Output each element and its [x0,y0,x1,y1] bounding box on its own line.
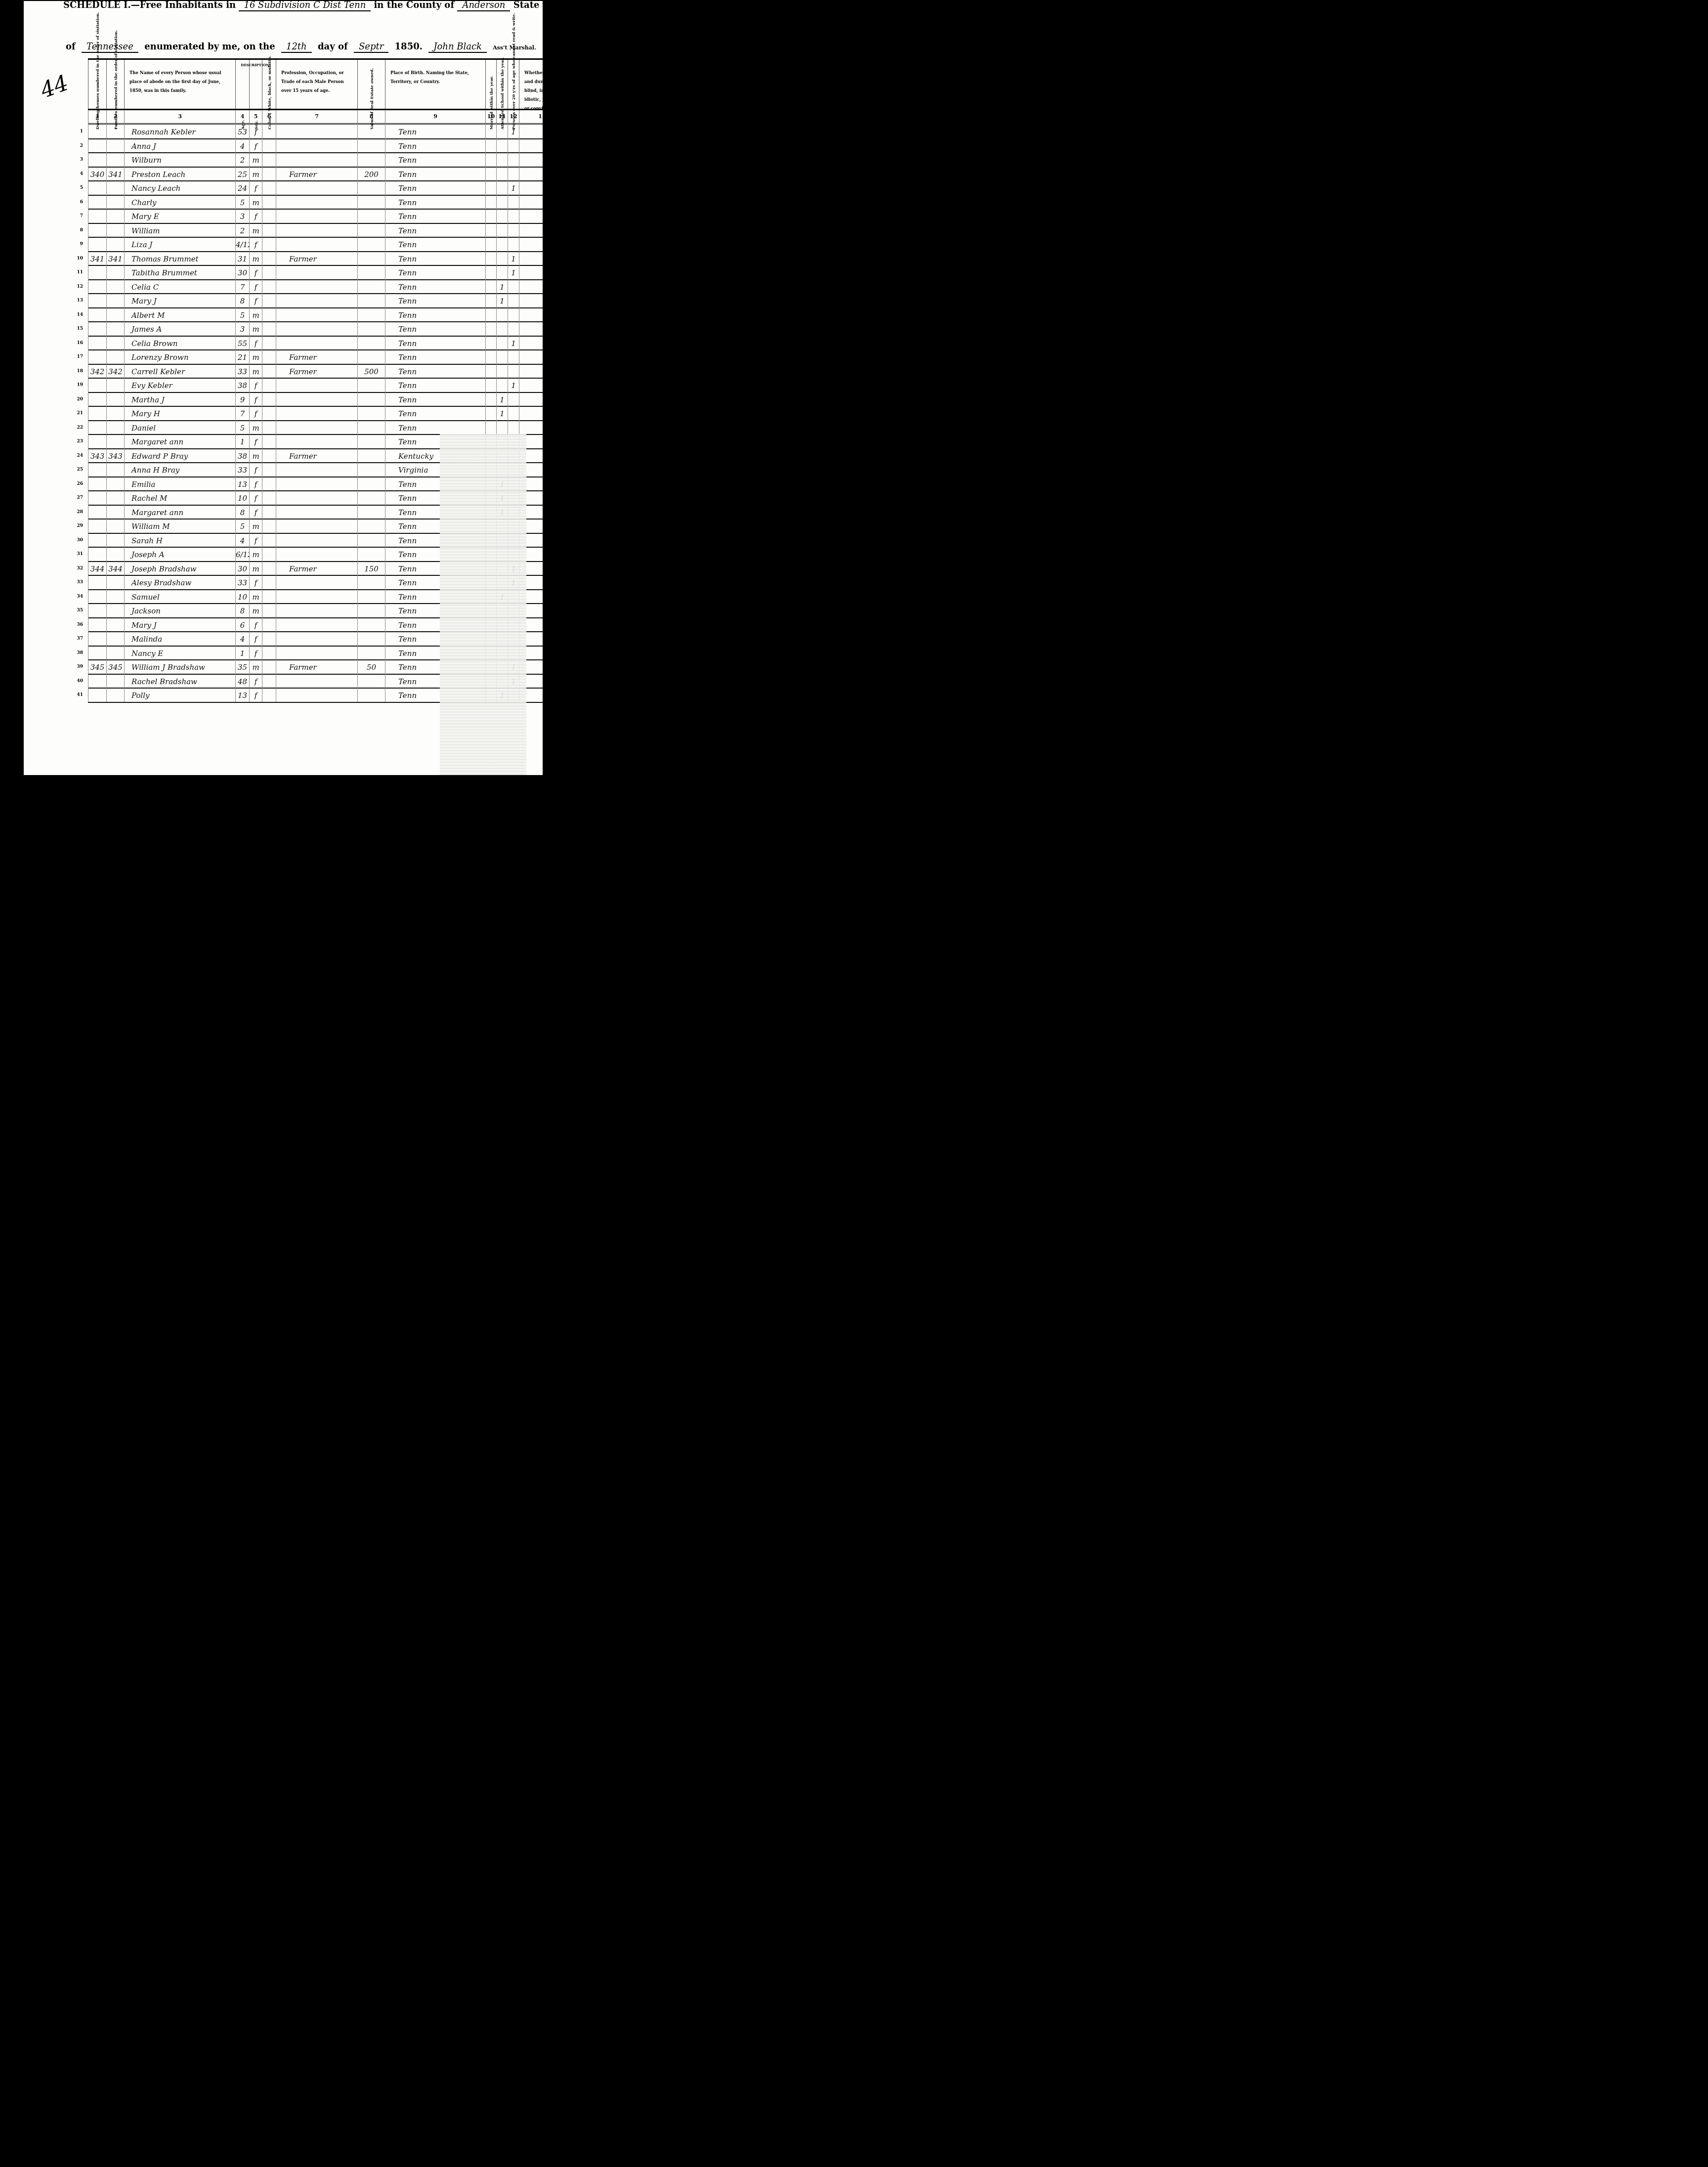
table-header: Dwelling-houses numbered in the order of… [88,58,565,110]
column-header-8: Value of Real Estate owned. [357,60,385,110]
cell-school: 1 [496,279,508,294]
cell-age: 10 [235,490,249,505]
margin-note: 44 [37,70,72,103]
cell-age: 35 [235,659,249,674]
cell-sex: m [249,364,262,378]
cell-married [485,420,496,434]
cell-sex: m [249,307,262,322]
cell-sex: m [249,420,262,434]
cell-sex: m [249,195,262,209]
cell-school [496,265,508,279]
cell-age: 4/12 [235,237,249,251]
cell-dwelling [88,646,106,660]
cell-real-estate [357,223,385,237]
cell-real-estate [357,646,385,660]
table-row: 16Celia Brown55fTenn116 [88,336,565,351]
cell-family [106,279,124,294]
cell-dwelling [88,152,106,167]
cell-sex: f [249,575,262,589]
column-number: 11 [496,110,508,123]
cell-family [106,434,124,448]
cell-sex: m [249,561,262,575]
cell-family [106,293,124,307]
cell-family [106,209,124,223]
cell-age: 13 [235,688,249,702]
table-row: 5Nancy Leach24fTenn1 [88,180,565,196]
column-header-10: Married within the year. [485,60,496,110]
column-header-12: Persons over 20 y'rs of age who cannot r… [508,60,519,110]
cell-dwelling [88,406,106,420]
scan-border-left [0,0,24,775]
line-number: 21 [73,406,83,421]
cell-age: 8 [235,505,249,519]
cell-sex: f [249,124,262,138]
cell-occupation [276,336,357,350]
cell-school [496,237,508,251]
cell-occupation [276,589,357,604]
cell-age: 5 [235,307,249,322]
column-number: 8 [357,110,385,123]
cell-family [106,519,124,533]
cell-real-estate [357,589,385,604]
cell-occupation [276,575,357,589]
cell-age: 1 [235,646,249,660]
cell-married [485,237,496,251]
line-number: 18 [73,364,83,379]
cell-birthplace: Tenn [385,237,485,251]
line-number: 34 [73,589,83,604]
cell-family: 343 [106,448,124,463]
cell-birthplace: Tenn [385,138,485,153]
cell-birthplace: Tenn [385,124,485,138]
cell-sex: m [249,321,262,336]
cell-age: 13 [235,477,249,491]
cell-name: Charly [124,195,235,209]
cell-age: 33 [235,462,249,477]
cell-occupation [276,138,357,153]
column-number-row: 12345678910111213 [88,109,565,125]
cell-occupation [276,477,357,491]
cell-age: 6 [235,617,249,632]
cell-family [106,321,124,336]
cell-school [496,336,508,350]
cell-family [106,152,124,167]
cell-occupation [276,547,357,561]
table-row: 13Mary J8fTenn113 [88,293,565,308]
line-number: 32 [73,561,83,576]
line-number: 30 [73,533,83,548]
cell-age: 21 [235,349,249,364]
cell-age: 53 [235,124,249,138]
cell-dwelling [88,533,106,547]
cell-school: 1 [496,293,508,307]
cell-family: 344 [106,561,124,575]
cell-sex: f [249,434,262,448]
cell-married [485,406,496,420]
column-number: 3 [124,110,235,123]
cell-age: 4 [235,138,249,153]
cell-occupation: Farmer [276,659,357,674]
cell-color [262,617,276,632]
cell-occupation [276,293,357,307]
cell-name: Sarah H [124,533,235,547]
cell-real-estate [357,462,385,477]
cell-real-estate [357,631,385,646]
cell-color [262,490,276,505]
cell-married [485,265,496,279]
cell-illiterate: 1 [508,251,519,265]
line-number: 4 [73,167,83,181]
scan-border-right [543,0,611,775]
cell-dwelling [88,265,106,279]
cell-illiterate [508,138,519,153]
cell-real-estate [357,533,385,547]
cell-age: 7 [235,406,249,420]
cell-illiterate [508,237,519,251]
column-header-2: Families numbered in the order of visita… [106,60,124,110]
line-number: 9 [73,237,83,252]
cell-color [262,364,276,378]
cell-dwelling [88,688,106,702]
cell-school [496,152,508,167]
cell-name: Margaret ann [124,434,235,448]
cell-color [262,167,276,181]
cell-birthplace: Tenn [385,152,485,167]
day-of-label: day of [318,42,348,52]
line-number: 28 [73,505,83,520]
cell-school [496,364,508,378]
cell-family: 345 [106,659,124,674]
cell-real-estate [357,519,385,533]
table-row: 17Lorenzy Brown21mFarmerTenn17 [88,349,565,365]
cell-sex: f [249,265,262,279]
line-number: 14 [73,307,83,322]
cell-color [262,603,276,617]
line-number: 27 [73,490,83,505]
cell-occupation [276,533,357,547]
cell-occupation [276,378,357,392]
table-row: 6Charly5mTenn [88,195,565,210]
cell-name: William J Bradshaw [124,659,235,674]
cell-real-estate [357,420,385,434]
cell-real-estate [357,209,385,223]
cell-occupation: Farmer [276,561,357,575]
cell-age: 33 [235,364,249,378]
cell-dwelling [88,589,106,604]
cell-occupation [276,392,357,406]
cell-birthplace: Tenn [385,251,485,265]
table-row: 11Tabitha Brummet30fTenn111 [88,265,565,280]
cell-married [485,321,496,336]
cell-dwelling [88,674,106,688]
cell-age: 4 [235,533,249,547]
cell-school [496,180,508,195]
cell-color [262,378,276,392]
cell-sex: f [249,279,262,294]
cell-color [262,434,276,448]
cell-family [106,490,124,505]
cell-real-estate [357,603,385,617]
state-field: Tennessee [82,42,138,53]
cell-sex: f [249,293,262,307]
column-header-label: The Name of every Person whose usual pla… [125,60,235,95]
cell-name: Celia C [124,279,235,294]
cell-sex: f [249,138,262,153]
cell-real-estate [357,477,385,491]
cell-name: Anna J [124,138,235,153]
cell-name: Mary J [124,293,235,307]
cell-illiterate [508,152,519,167]
table-row: 10341341Thomas Brummet31mFarmerTenn110 [88,251,565,266]
cell-age: 33 [235,575,249,589]
cell-family [106,392,124,406]
cell-married [485,349,496,364]
cell-birthplace: Tenn [385,378,485,392]
cell-name: Samuel [124,589,235,604]
cell-family [106,462,124,477]
cell-occupation [276,321,357,336]
cell-age: 25 [235,167,249,181]
cell-name: William M [124,519,235,533]
cell-family: 341 [106,251,124,265]
cell-name: Joseph A [124,547,235,561]
cell-sex: m [249,251,262,265]
cell-name: Rachel M [124,490,235,505]
cell-real-estate [357,265,385,279]
year-label: 1850. [395,42,423,52]
cell-dwelling [88,336,106,350]
line-number: 3 [73,152,83,167]
cell-age: 48 [235,674,249,688]
line-number: 36 [73,617,83,632]
cell-color [262,336,276,350]
description-group-label: DESCRIPTION. [235,63,276,67]
cell-illiterate [508,279,519,294]
cell-age: 5 [235,420,249,434]
cell-illiterate [508,349,519,364]
cell-school [496,307,508,322]
cell-age: 5 [235,519,249,533]
cell-dwelling [88,293,106,307]
cell-dwelling [88,180,106,195]
cell-color [262,392,276,406]
cell-name: Edward P Bray [124,448,235,463]
column-number: 1 [88,110,106,123]
cell-family [106,138,124,153]
cell-occupation [276,406,357,420]
cell-age: 31 [235,251,249,265]
cell-name: Alesy Bradshaw [124,575,235,589]
cell-family [106,124,124,138]
cell-dwelling [88,195,106,209]
table-row: 18342342Carrell Kebler33mFarmer500Tenn18 [88,364,565,379]
cell-real-estate [357,321,385,336]
cell-age: 2 [235,152,249,167]
column-number: 2 [106,110,124,123]
line-number: 35 [73,603,83,618]
cell-color [262,279,276,294]
cell-family [106,307,124,322]
column-header-7: Profession, Occupation, or Trade of each… [276,60,357,110]
cell-dwelling: 342 [88,364,106,378]
cell-real-estate [357,307,385,322]
cell-dwelling [88,603,106,617]
cell-real-estate [357,293,385,307]
cell-name: Albert M [124,307,235,322]
cell-sex: f [249,336,262,350]
cell-real-estate: 200 [357,167,385,181]
cell-birthplace: Tenn [385,265,485,279]
cell-school: 1 [496,392,508,406]
cell-family [106,336,124,350]
cell-dwelling [88,434,106,448]
scan-shading [440,434,526,775]
cell-age: 30 [235,265,249,279]
table-row: 21Mary H7fTenn121 [88,406,565,421]
cell-birthplace: Tenn [385,293,485,307]
cell-dwelling [88,505,106,519]
cell-sex: f [249,505,262,519]
cell-real-estate [357,505,385,519]
schedule-title-line2: of Tennessee enumerated by me, on the 12… [66,42,539,52]
cell-occupation: Farmer [276,364,357,378]
cell-birthplace: Tenn [385,167,485,181]
cell-real-estate [357,674,385,688]
cell-name: Rachel Bradshaw [124,674,235,688]
column-header-1: Dwelling-houses numbered in the order of… [88,60,106,110]
cell-color [262,223,276,237]
cell-family [106,688,124,702]
day-field: 12th [281,42,312,53]
cell-occupation [276,265,357,279]
cell-dwelling [88,547,106,561]
cell-family [106,674,124,688]
cell-birthplace: Tenn [385,195,485,209]
column-header-11: Attended School within the year. [496,60,508,110]
cell-illiterate [508,195,519,209]
cell-real-estate [357,138,385,153]
cell-occupation [276,434,357,448]
cell-name: Lorenzy Brown [124,349,235,364]
line-number: 6 [73,195,83,210]
cell-family [106,237,124,251]
cell-sex: m [249,603,262,617]
cell-sex: f [249,533,262,547]
cell-dwelling [88,575,106,589]
cell-color [262,462,276,477]
column-number: 10 [485,110,496,123]
cell-color [262,505,276,519]
cell-real-estate [357,152,385,167]
cell-family [106,547,124,561]
cell-name: James A [124,321,235,336]
cell-color [262,477,276,491]
cell-name: Carrell Kebler [124,364,235,378]
cell-real-estate [357,406,385,420]
cell-real-estate [357,279,385,294]
cell-color [262,209,276,223]
month-field: Septr [354,42,388,53]
cell-dwelling [88,138,106,153]
cell-color [262,180,276,195]
column-number: 4 [235,110,249,123]
enumerated-label: enumerated by me, on the [144,42,275,52]
cell-school [496,321,508,336]
cell-color [262,575,276,589]
cell-color [262,349,276,364]
line-number: 26 [73,477,83,491]
column-number: 7 [276,110,357,123]
schedule-title-line1: SCHEDULE I.—Free Inhabitants in 16 Subdi… [63,0,539,11]
cell-illiterate: 1 [508,336,519,350]
table-row: 9Liza J4/12fTenn [88,237,565,252]
cell-color [262,674,276,688]
cell-sex: m [249,152,262,167]
cell-illiterate [508,209,519,223]
cell-sex: f [249,237,262,251]
cell-color [262,251,276,265]
cell-family [106,646,124,660]
cell-family [106,349,124,364]
cell-occupation [276,152,357,167]
table-row: 12Celia C7fTenn112 [88,279,565,295]
cell-dwelling [88,378,106,392]
cell-dwelling: 344 [88,561,106,575]
cell-dwelling: 341 [88,251,106,265]
table-row: 22Daniel5mTenn22 [88,420,565,435]
cell-real-estate [357,349,385,364]
cell-married [485,124,496,138]
cell-occupation [276,279,357,294]
cell-occupation [276,462,357,477]
cell-dwelling [88,307,106,322]
cell-color [262,533,276,547]
cell-color [262,138,276,153]
cell-real-estate [357,378,385,392]
line-number: 11 [73,265,83,280]
cell-real-estate [357,251,385,265]
cell-sex: f [249,631,262,646]
cell-birthplace: Tenn [385,209,485,223]
cell-occupation: Farmer [276,167,357,181]
cell-sex: m [249,589,262,604]
cell-sex: f [249,646,262,660]
cell-sex: f [249,674,262,688]
line-number: 33 [73,575,83,590]
cell-color [262,406,276,420]
line-number: 1 [73,124,83,139]
line-number: 17 [73,349,83,364]
cell-age: 7 [235,279,249,294]
of-label: of [66,42,76,52]
cell-family [106,631,124,646]
cell-dwelling [88,462,106,477]
cell-real-estate [357,490,385,505]
cell-dwelling [88,631,106,646]
cell-occupation [276,617,357,632]
cell-color [262,646,276,660]
cell-occupation: Farmer [276,448,357,463]
cell-sex: m [249,547,262,561]
cell-dwelling [88,477,106,491]
cell-sex: m [249,167,262,181]
line-number: 40 [73,674,83,689]
cell-sex: m [249,349,262,364]
cell-school [496,138,508,153]
cell-illiterate: 1 [508,378,519,392]
cell-name: Malinda [124,631,235,646]
cell-family [106,477,124,491]
